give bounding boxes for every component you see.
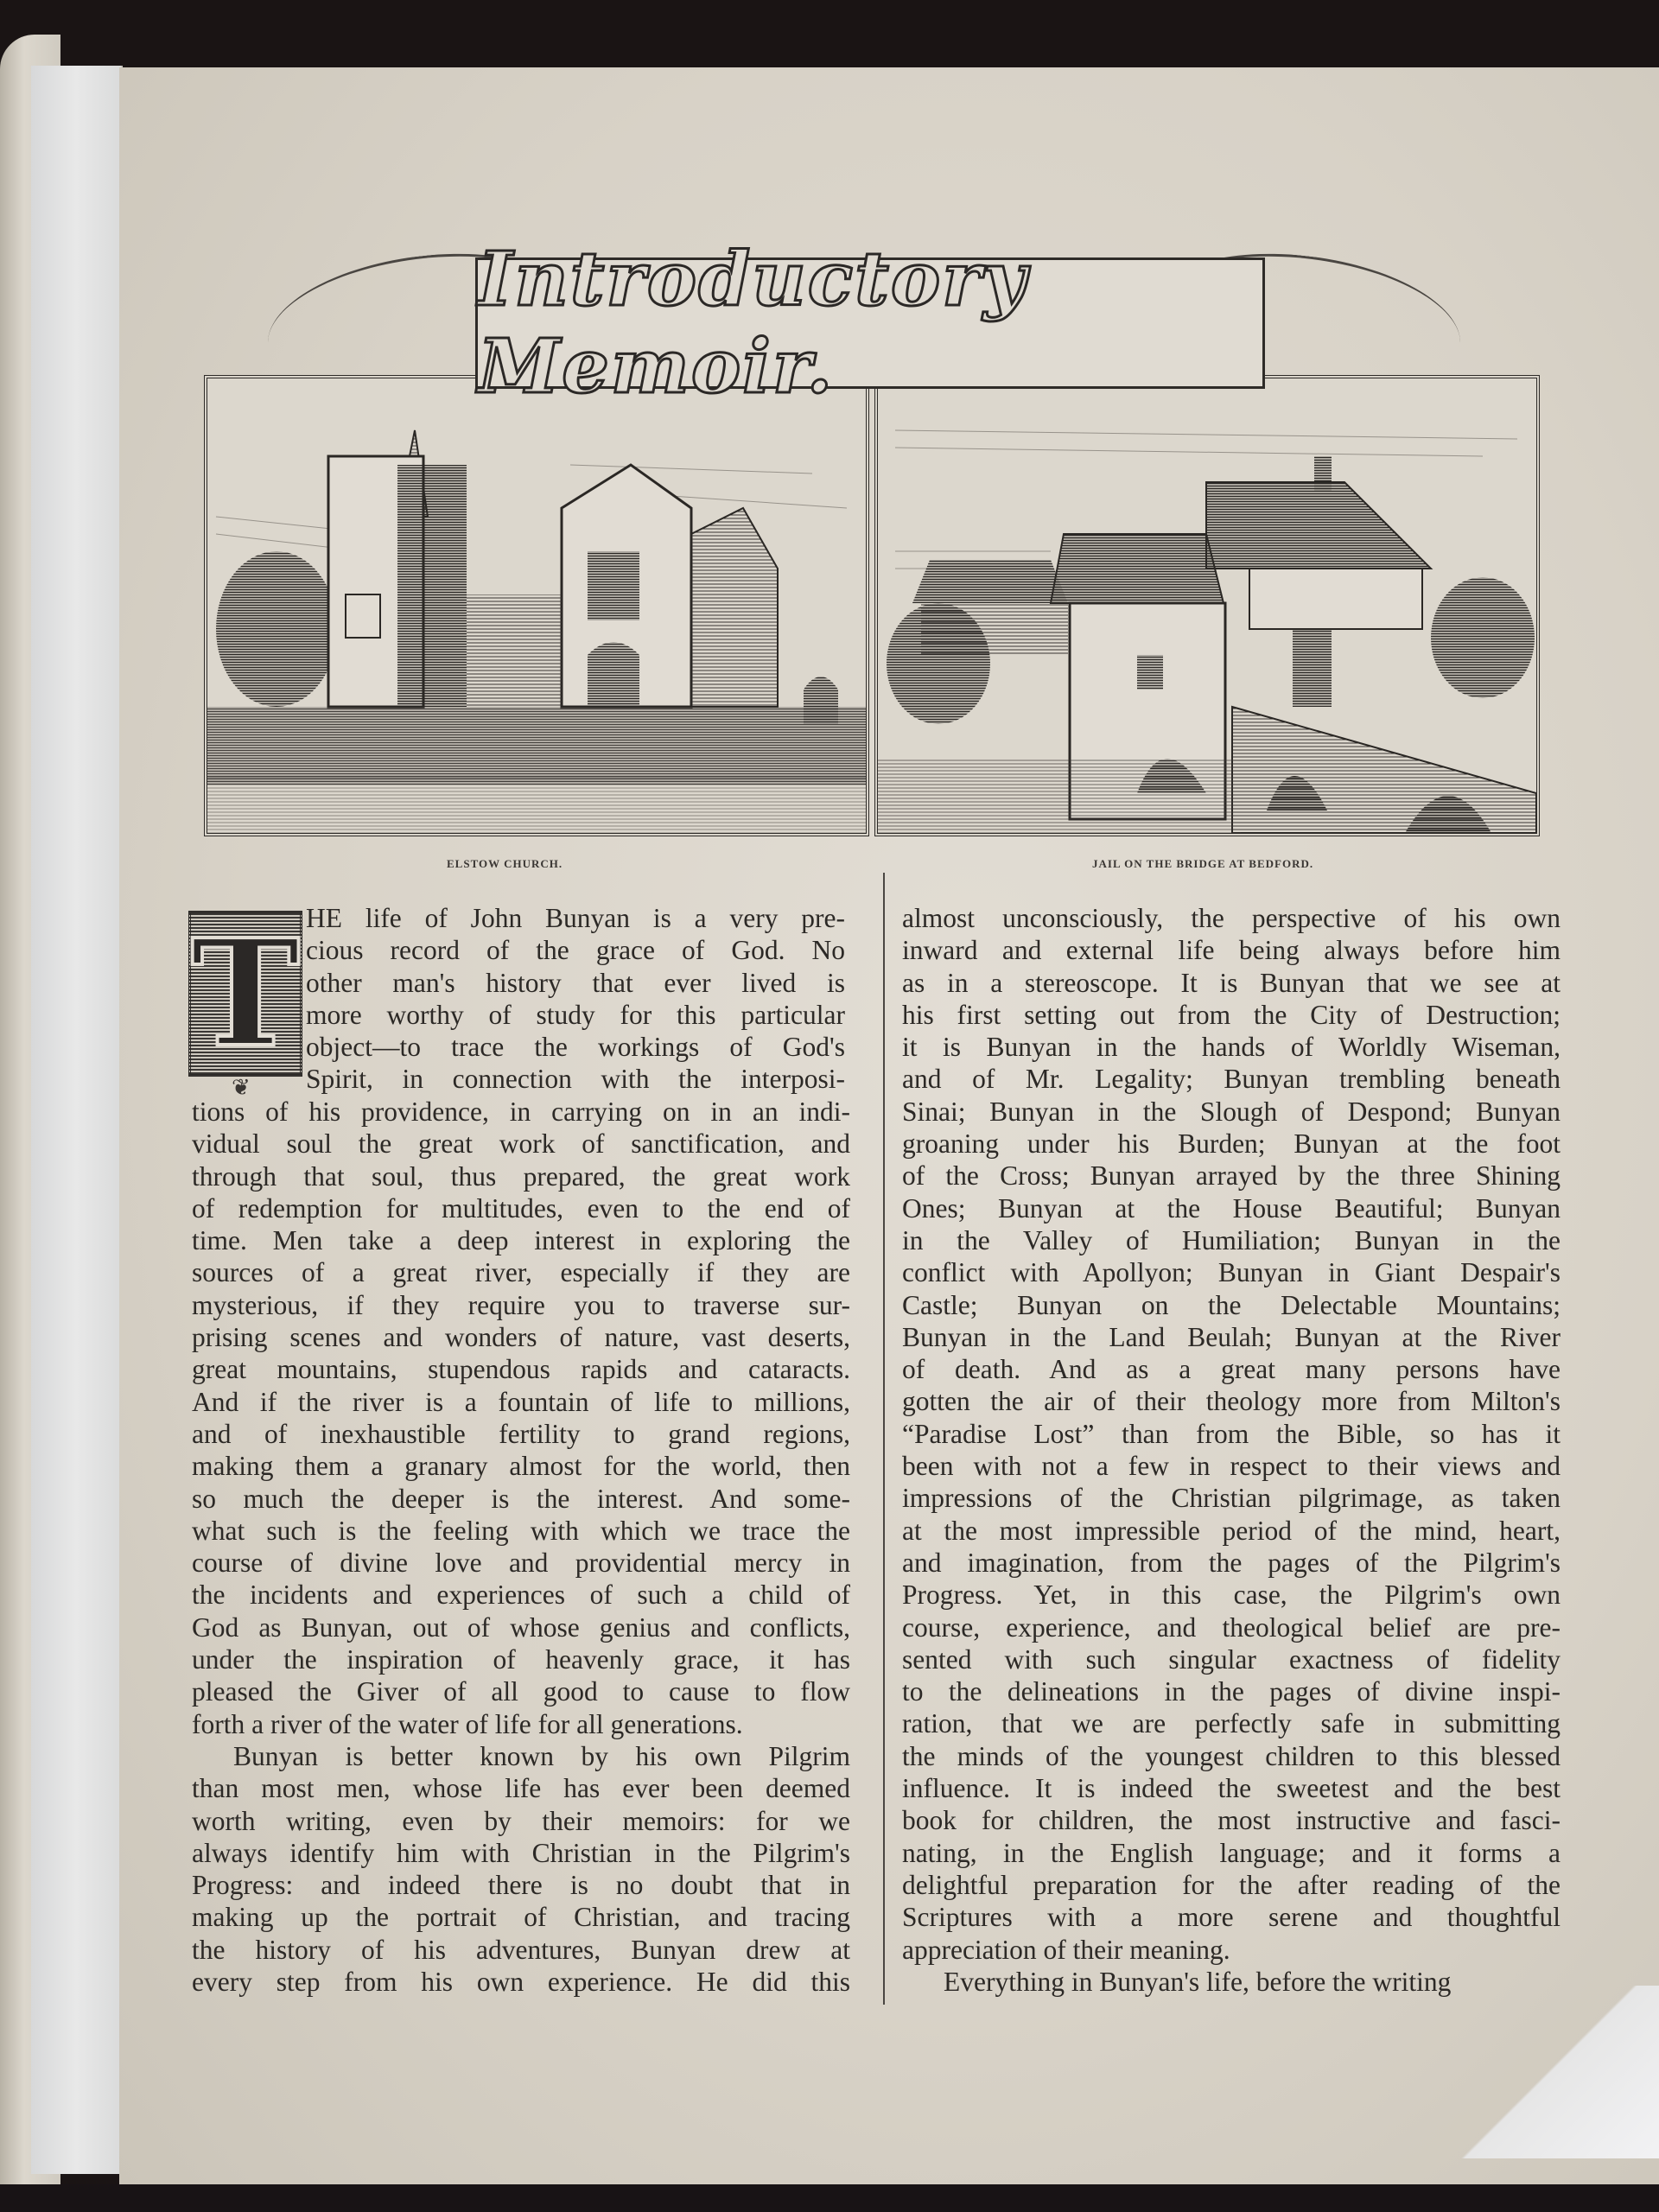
bridge-jail-engraving-icon [878, 378, 1536, 833]
text-line: ration, that we are perfectly safe in su… [902, 1707, 1560, 1739]
church-engraving-icon [207, 378, 866, 833]
text-line: object—to trace the workings of God's [306, 1031, 845, 1063]
text-line: worth writing, even by their memoirs: fo… [192, 1805, 850, 1837]
page-curl-corner [1443, 1986, 1659, 2158]
text-line: nating, in the English language; and it … [902, 1837, 1560, 1869]
text-line: appreciation of their meaning. [902, 1934, 1560, 1966]
text-line: Everything in Bunyan's life, before the … [902, 1966, 1560, 1998]
text-line: pleased the Giver of all good to cause t… [192, 1675, 850, 1707]
title-banner: Introductory Memoir. [475, 257, 1265, 389]
left-column-intro: HE life of John Bunyan is a very pre- ci… [306, 902, 845, 1096]
text-line: time. Men take a deep interest in explor… [192, 1224, 850, 1256]
left-column-body: tions of his providence, in carrying on … [192, 1096, 850, 1998]
text-line: every step from his own experience. He d… [192, 1966, 850, 1998]
page-title: Introductory Memoir. [478, 236, 1262, 410]
text-line: making them a granary almost for the wor… [192, 1450, 850, 1482]
text-line: Sinai; Bunyan in the Slough of Despond; … [902, 1096, 1560, 1128]
text-line: his first setting out from the City of D… [902, 999, 1560, 1031]
text-line: the incidents and experiences of such a … [192, 1579, 850, 1611]
text-line: and imagination, from the pages of the P… [902, 1547, 1560, 1579]
text-line: mysterious, if they require you to trave… [192, 1289, 850, 1321]
text-line: making up the portrait of Christian, and… [192, 1901, 850, 1933]
background-shadow [0, 2184, 1659, 2212]
caption-bedford-jail: JAIL ON THE BRIDGE AT BEDFORD. [1092, 857, 1313, 871]
text-line: Spirit, in connection with the interposi… [306, 1063, 845, 1095]
text-line: course, experience, and theological beli… [902, 1611, 1560, 1643]
text-line: cious record of the grace of God. No [306, 934, 845, 966]
text-line: Castle; Bunyan on the Delectable Mountai… [902, 1289, 1560, 1321]
text-line: the history of his adventures, Bunyan dr… [192, 1934, 850, 1966]
drop-cap: T [188, 911, 302, 1077]
text-line: what such is the feeling with which we t… [192, 1515, 850, 1547]
text-line: forth a river of the water of life for a… [192, 1708, 850, 1740]
text-line: God as Bunyan, out of whose genius and c… [192, 1611, 850, 1643]
text-line: conflict with Apollyon; Bunyan in Giant … [902, 1256, 1560, 1288]
text-line: influence. It is indeed the sweetest and… [902, 1772, 1560, 1804]
text-line: and of inexhaustible fertility to grand … [192, 1418, 850, 1450]
text-line: prising scenes and wonders of nature, va… [192, 1321, 850, 1353]
text-line: to the delineations in the pages of divi… [902, 1675, 1560, 1707]
illustration-elstow-church [204, 375, 869, 836]
text-line: so much the deeper is the interest. And … [192, 1483, 850, 1515]
drop-cap-letter: T [191, 920, 301, 1067]
text-line: it is Bunyan in the hands of Worldly Wis… [902, 1031, 1560, 1063]
text-line: HE life of John Bunyan is a very pre- [306, 902, 845, 934]
text-line: impressions of the Christian pilgrimage,… [902, 1482, 1560, 1514]
text-line: the minds of the youngest children to th… [902, 1740, 1560, 1772]
text-line: Scriptures with a more serene and though… [902, 1901, 1560, 1933]
text-line: of the Cross; Bunyan arrayed by the thre… [902, 1160, 1560, 1192]
text-line: through that soul, thus prepared, the gr… [192, 1160, 850, 1192]
text-line: almost unconsciously, the perspective of… [902, 902, 1560, 934]
text-line: at the most impressible period of the mi… [902, 1515, 1560, 1547]
text-line: inward and external life being always be… [902, 934, 1560, 966]
text-line: Bunyan in the Land Beulah; Bunyan at the… [902, 1321, 1560, 1353]
text-line: course of divine love and providential m… [192, 1547, 850, 1579]
text-line: than most men, whose life has ever been … [192, 1772, 850, 1804]
text-line: Progress. Yet, in this case, the Pilgrim… [902, 1579, 1560, 1611]
text-line: under the inspiration of heavenly grace,… [192, 1643, 850, 1675]
text-line: sented with such singular exactness of f… [902, 1643, 1560, 1675]
text-line: always identify him with Christian in th… [192, 1837, 850, 1869]
text-line: of death. And as a great many persons ha… [902, 1353, 1560, 1385]
text-line: tions of his providence, in carrying on … [192, 1096, 850, 1128]
text-line: in the Valley of Humiliation; Bunyan in … [902, 1224, 1560, 1256]
flyleaf-edge [31, 66, 123, 2174]
text-line: sources of a great river, especially if … [192, 1256, 850, 1288]
text-line: gotten the air of their theology more fr… [902, 1385, 1560, 1417]
text-line: and of Mr. Legality; Bunyan trembling be… [902, 1063, 1560, 1095]
text-line: more worthy of study for this particular [306, 999, 845, 1031]
text-line: Ones; Bunyan at the House Beautiful; Bun… [902, 1192, 1560, 1224]
column-divider [883, 873, 885, 2005]
text-line: groaning under his Burden; Bunyan at the… [902, 1128, 1560, 1160]
text-line: of redemption for multitudes, even to th… [192, 1192, 850, 1224]
text-line: Progress: and indeed there is no doubt t… [192, 1869, 850, 1901]
text-line: vidual soul the great work of sanctifica… [192, 1128, 850, 1160]
right-column-body: almost unconsciously, the perspective of… [902, 902, 1560, 1998]
text-line: book for children, the most instructive … [902, 1804, 1560, 1836]
text-line: as in a stereoscope. It is Bunyan that w… [902, 967, 1560, 999]
text-line: delightful preparation for the after rea… [902, 1869, 1560, 1901]
text-line: great mountains, stupendous rapids and c… [192, 1353, 850, 1385]
text-line: been with not a few in respect to their … [902, 1450, 1560, 1482]
text-line: “Paradise Lost” than from the Bible, so … [902, 1418, 1560, 1450]
text-line: other man's history that ever lived is [306, 967, 845, 999]
caption-elstow-church: ELSTOW CHURCH. [447, 857, 563, 871]
text-line: And if the river is a fountain of life t… [192, 1386, 850, 1418]
illustration-bedford-bridge-jail [874, 375, 1540, 836]
text-line: Bunyan is better known by his own Pilgri… [192, 1740, 850, 1772]
